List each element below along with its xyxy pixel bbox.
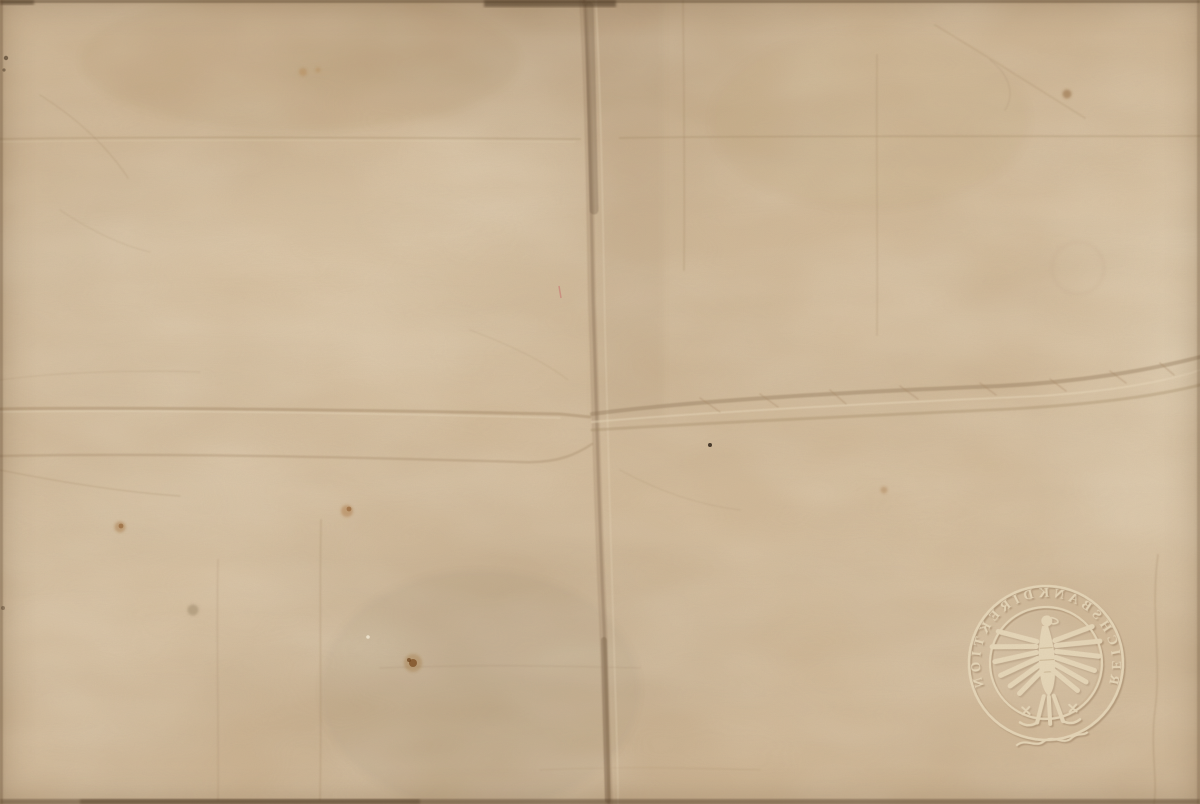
banknote-photo: REICHSBANKDIREKTION bbox=[0, 0, 1200, 804]
paper-texture-art: REICHSBANKDIREKTION bbox=[0, 0, 1200, 804]
paper-grain-noise bbox=[0, 0, 1200, 804]
